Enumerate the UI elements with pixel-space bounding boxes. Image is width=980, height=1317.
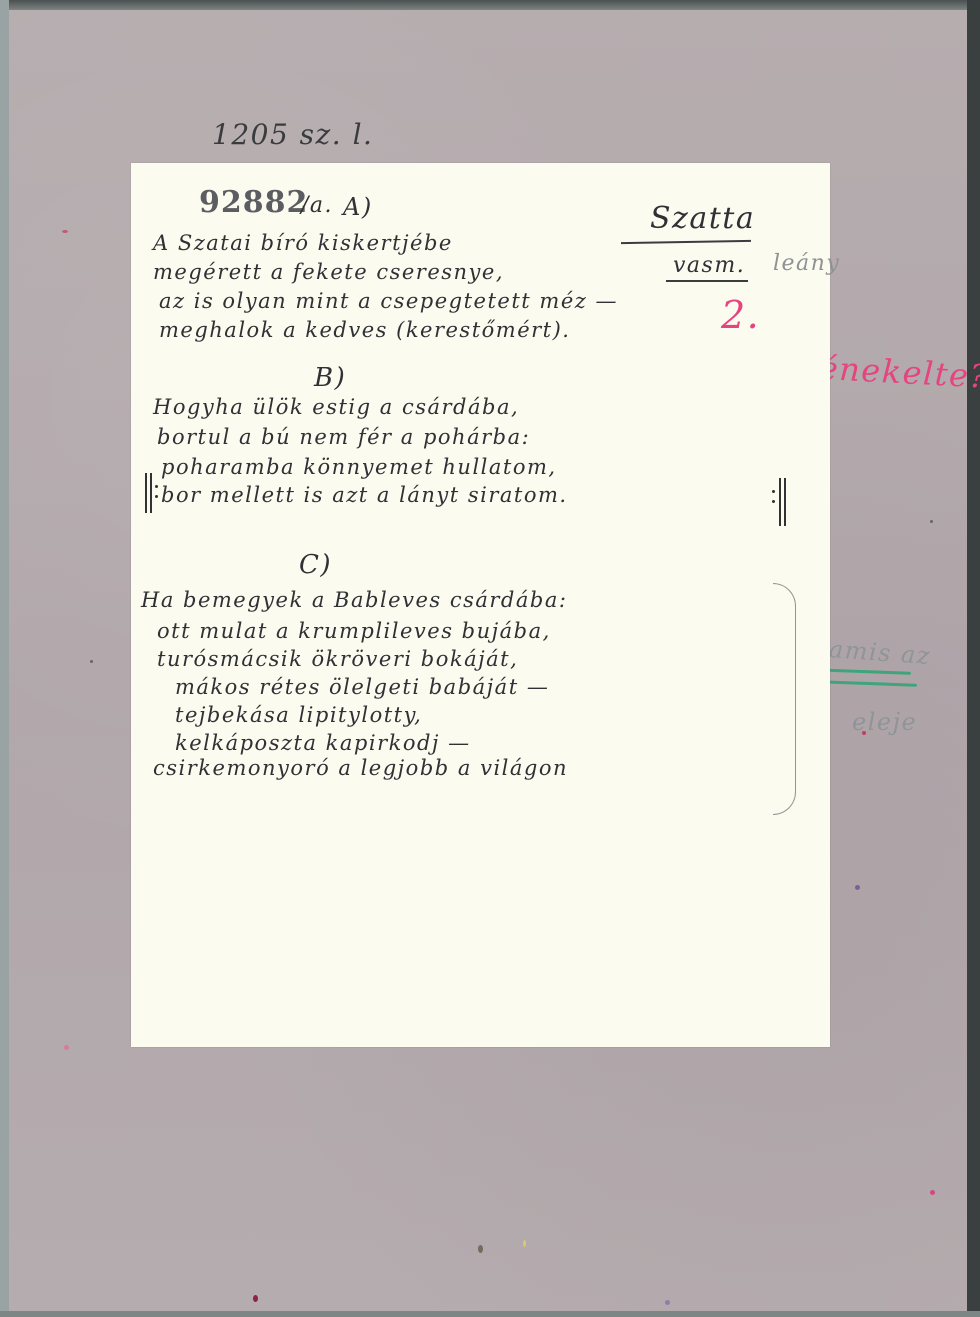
verse-c-line-2: ott mulat a krumplileves bujába,	[157, 619, 551, 643]
repeat-sign-start-bar	[145, 473, 147, 513]
verse-c-line-7: csirkemonyoró a legjobb a világon	[153, 756, 568, 780]
verse-c-line-6: kelkáposzta kapirkodj —	[175, 731, 471, 755]
title-underline	[621, 240, 751, 244]
board-speck	[478, 1245, 483, 1253]
section-a-label: A)	[343, 193, 373, 221]
repeat-sign-dot	[155, 495, 158, 498]
verse-b-line-2: bortul a bú nem fér a pohárba:	[157, 425, 530, 449]
board-speck	[62, 230, 68, 233]
subtitle-underline	[666, 280, 748, 282]
pencil-brace	[773, 583, 796, 815]
board-speck	[253, 1295, 258, 1302]
mount-annotation: 1205 sz. l.	[212, 118, 373, 151]
stamp-suffix: /a.	[301, 193, 333, 218]
section-b-label: B)	[314, 363, 346, 393]
repeat-sign-dot	[155, 485, 158, 488]
verse-c-line-1: Ha bemegyek a Bableves csárdába:	[141, 588, 567, 612]
song-title: Szatta	[650, 201, 755, 236]
margin-note-eleje: eleje	[852, 708, 917, 736]
verse-c-line-5: tejbekása lipitylotty,	[175, 703, 422, 727]
verse-a-line-4: meghalok a kedves (kerestőmért).	[159, 318, 570, 342]
board-speck	[665, 1300, 670, 1305]
verse-c-line-4: mákos rétes ölelgeti babáját —	[175, 675, 549, 699]
verse-b-line-4: bor mellett is azt a lányt siratom.	[161, 483, 568, 507]
repeat-sign-end-bar	[779, 478, 781, 526]
manuscript-sheet: 92882 /a. A) Szatta vasm. leány 2. A Sza…	[131, 163, 830, 1047]
green-underline-2	[817, 680, 917, 686]
board-speck	[64, 1045, 69, 1050]
scan-edge-top	[0, 0, 980, 10]
red-note-number: 2.	[721, 293, 760, 337]
board-speck	[855, 885, 860, 890]
verse-a-line-1: A Szatai bíró kiskertjébe	[153, 231, 453, 255]
scan-edge-left	[0, 0, 9, 1317]
verse-b-line-3: poharamba könnyemet hullatom,	[161, 455, 557, 479]
repeat-sign-end-bar	[784, 478, 786, 526]
verse-a-line-3: az is olyan mint a csepegtetett méz —	[159, 289, 618, 313]
scan-edge-bottom	[0, 1311, 980, 1317]
board-speck	[930, 1190, 935, 1195]
repeat-sign-start-bar	[150, 473, 152, 513]
board-speck	[523, 1240, 526, 1247]
song-subtitle: vasm.	[673, 253, 745, 278]
verse-a-line-2: megérett a fekete cseresnye,	[153, 260, 504, 284]
archive-stamp-number: 92882	[199, 185, 308, 220]
board-speck	[90, 660, 93, 663]
board-speck	[930, 520, 933, 523]
verse-b-line-1: Hogyha ülök estig a csárdába,	[153, 395, 519, 419]
repeat-sign-dot	[772, 490, 775, 493]
scan-edge-right	[967, 0, 980, 1317]
repeat-sign-dot	[772, 500, 775, 503]
section-c-label: C)	[299, 550, 332, 580]
verse-c-line-3: turósmácsik ökröveri bokáját,	[157, 647, 518, 671]
pencil-note-leany: leány	[773, 251, 840, 276]
